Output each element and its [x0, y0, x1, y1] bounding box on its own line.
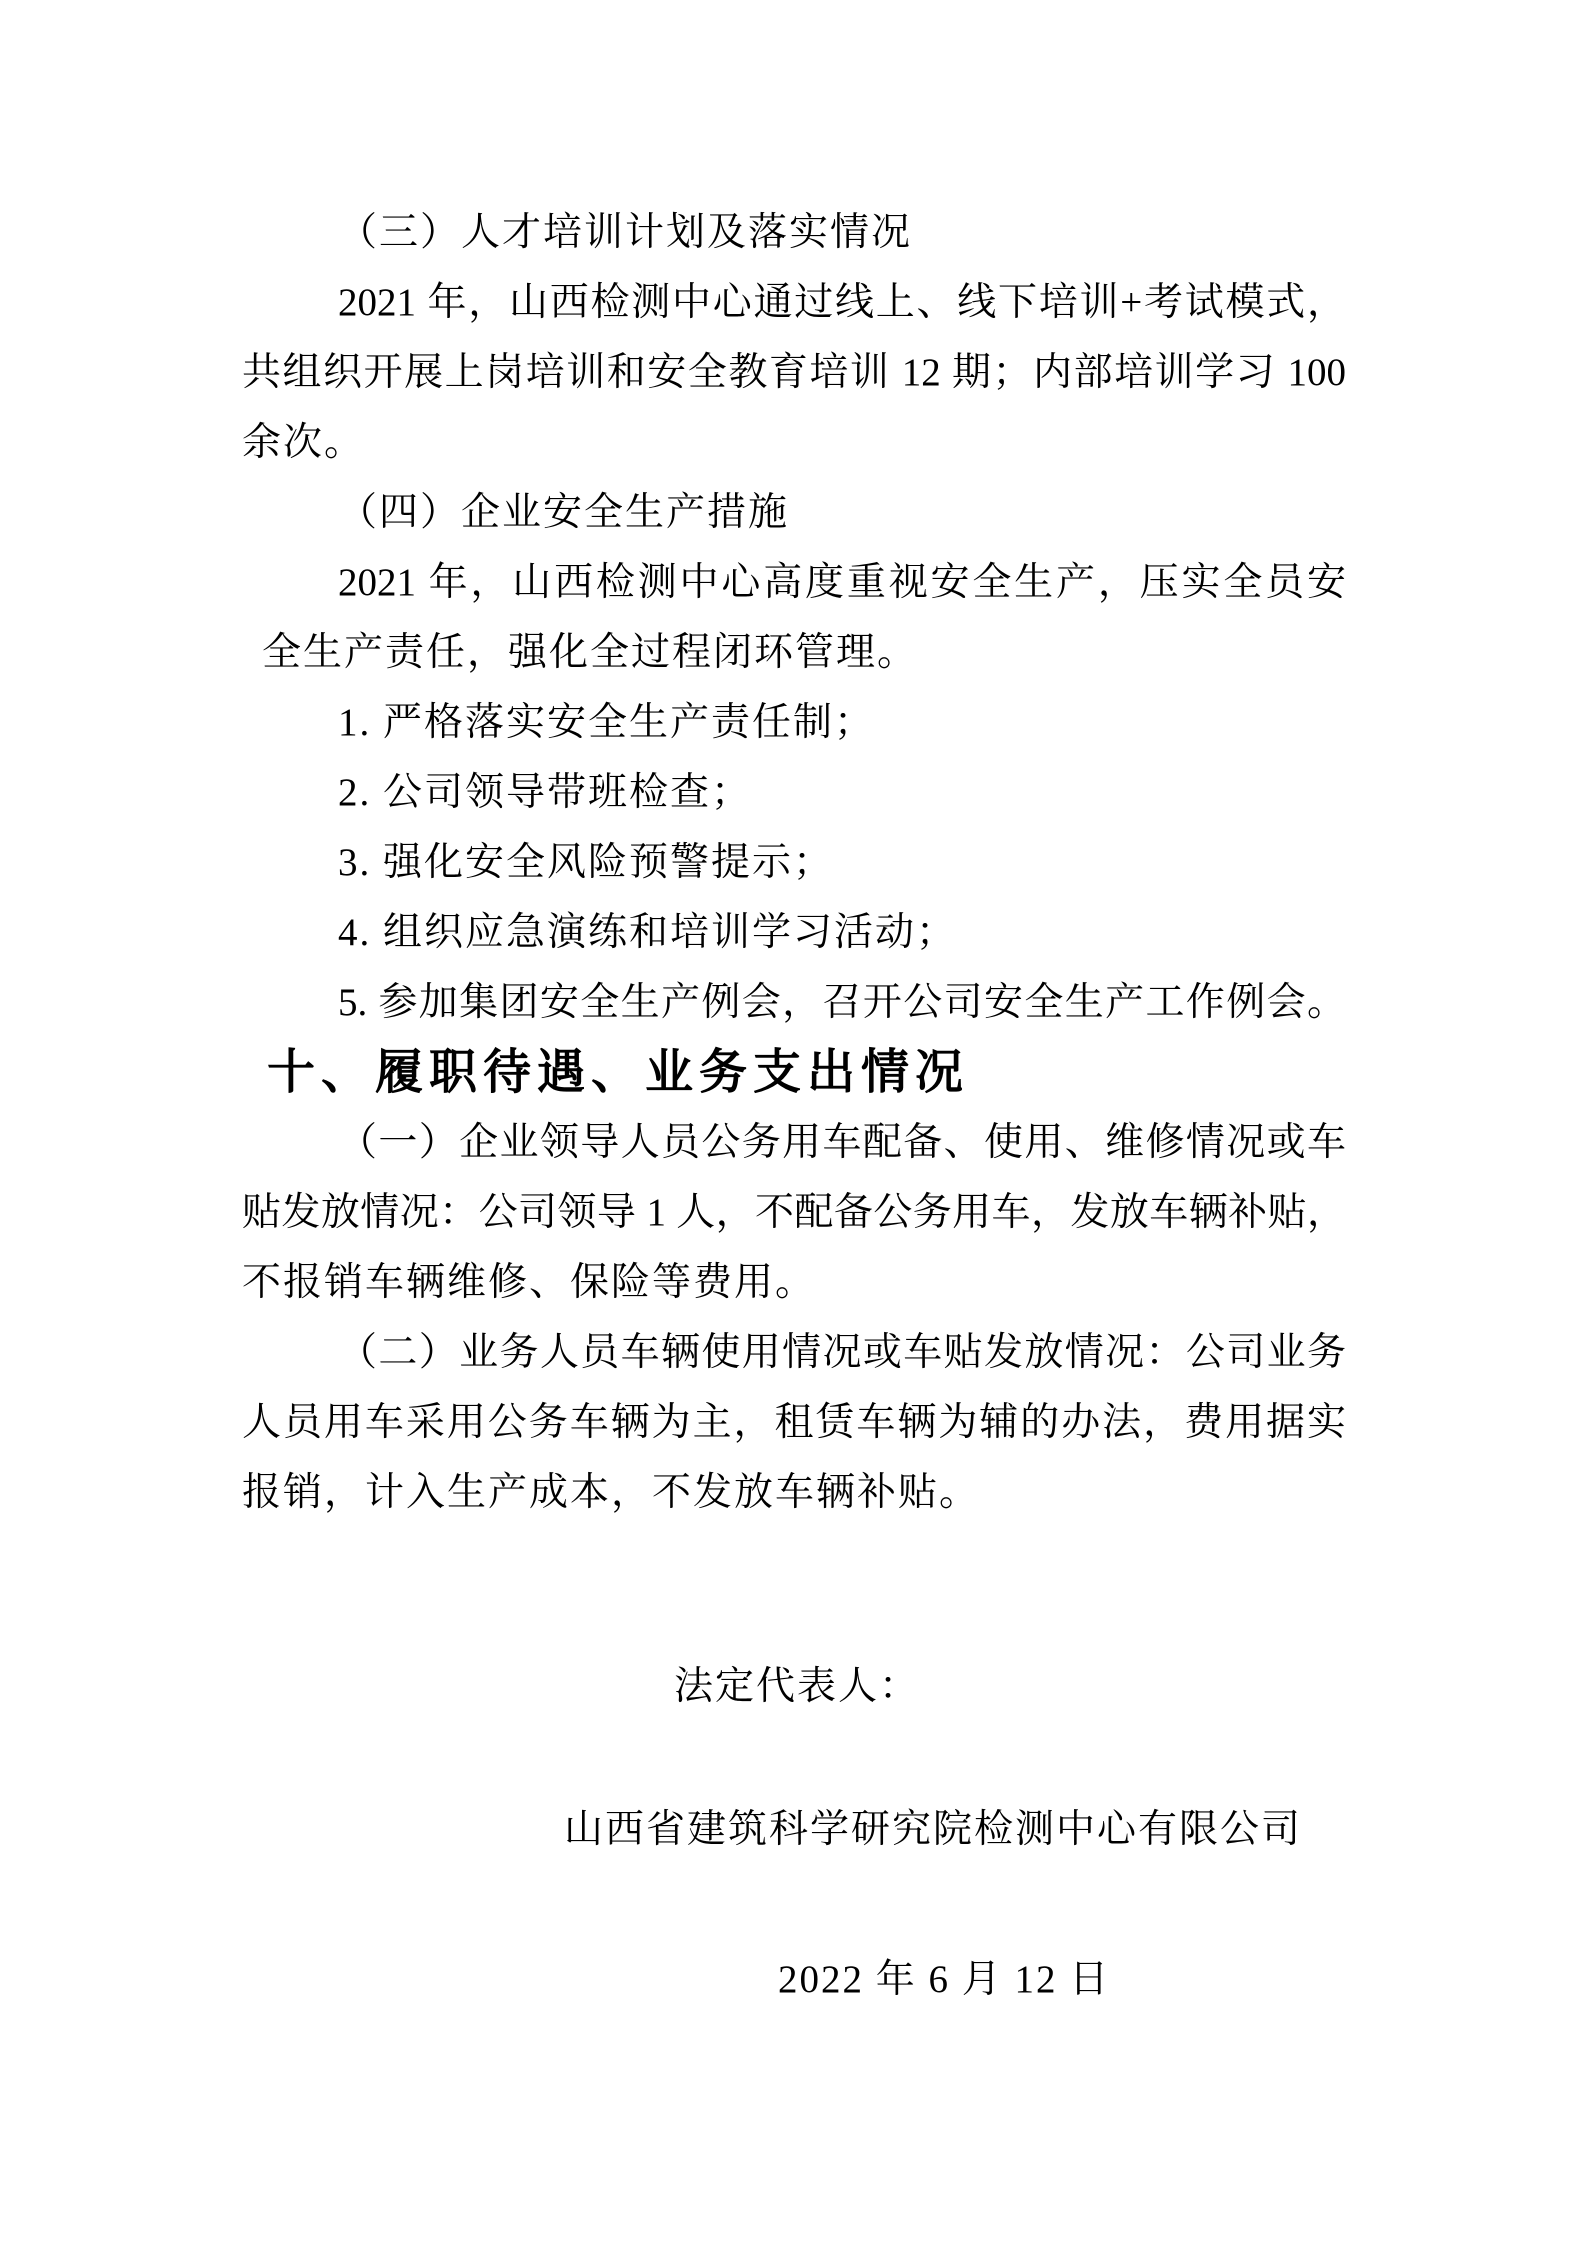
para-first-line: 2021 年，山西检测中心高度重视安全生产，压实全员安: [242, 548, 1346, 618]
para-line: 共组织开展上岗培训和安全教育培训 12 期；内部培训学习 100: [242, 338, 1346, 408]
document-content: （三）人才培训计划及落实情况2021 年，山西检测中心通过线上、线下培训+考试模…: [242, 198, 1346, 2015]
para-first-line: （二）业务人员车辆使用情况或车贴发放情况：公司业务: [242, 1318, 1346, 1388]
para-line: 不报销车辆维修、保险等费用。: [242, 1248, 1346, 1318]
document-body-lines: （三）人才培训计划及落实情况2021 年，山西检测中心通过线上、线下培训+考试模…: [242, 198, 1346, 1528]
company-name-line: 山西省建筑科学研究院检测中心有限公司: [242, 1795, 1346, 1865]
document-page: （三）人才培训计划及落实情况2021 年，山西检测中心通过线上、线下培训+考试模…: [0, 0, 1587, 2245]
section-heading: 十、履职待遇、业务支出情况: [242, 1038, 1346, 1108]
date-line: 2022 年 6 月 12 日: [242, 1945, 1346, 2015]
para-first-line: （一）企业领导人员公务用车配备、使用、维修情况或车: [242, 1108, 1346, 1178]
list-item: 4. 组织应急演练和培训学习活动；: [242, 898, 1346, 968]
para-first-line: （三）人才培训计划及落实情况: [242, 198, 1346, 268]
para-line: 报销，计入生产成本，不发放车辆补贴。: [242, 1458, 1346, 1528]
list-item: 5. 参加集团安全生产例会，召开公司安全生产工作例会。: [242, 968, 1346, 1038]
para-line: 全生产责任，强化全过程闭环管理。: [242, 618, 1346, 688]
para-first-line: 2021 年，山西检测中心通过线上、线下培训+考试模式，: [242, 268, 1346, 338]
list-item: 2. 公司领导带班检查；: [242, 758, 1346, 828]
para-line: 余次。: [242, 408, 1346, 478]
list-item: 3. 强化安全风险预警提示；: [242, 828, 1346, 898]
para-line: 人员用车采用公务车辆为主，租赁车辆为辅的办法，费用据实: [242, 1388, 1346, 1458]
para-first-line: （四）企业安全生产措施: [242, 478, 1346, 548]
legal-representative-line: 法定代表人：: [242, 1652, 1346, 1722]
para-line: 贴发放情况：公司领导 1 人，不配备公务用车，发放车辆补贴，: [242, 1178, 1346, 1248]
list-item: 1. 严格落实安全生产责任制；: [242, 688, 1346, 758]
